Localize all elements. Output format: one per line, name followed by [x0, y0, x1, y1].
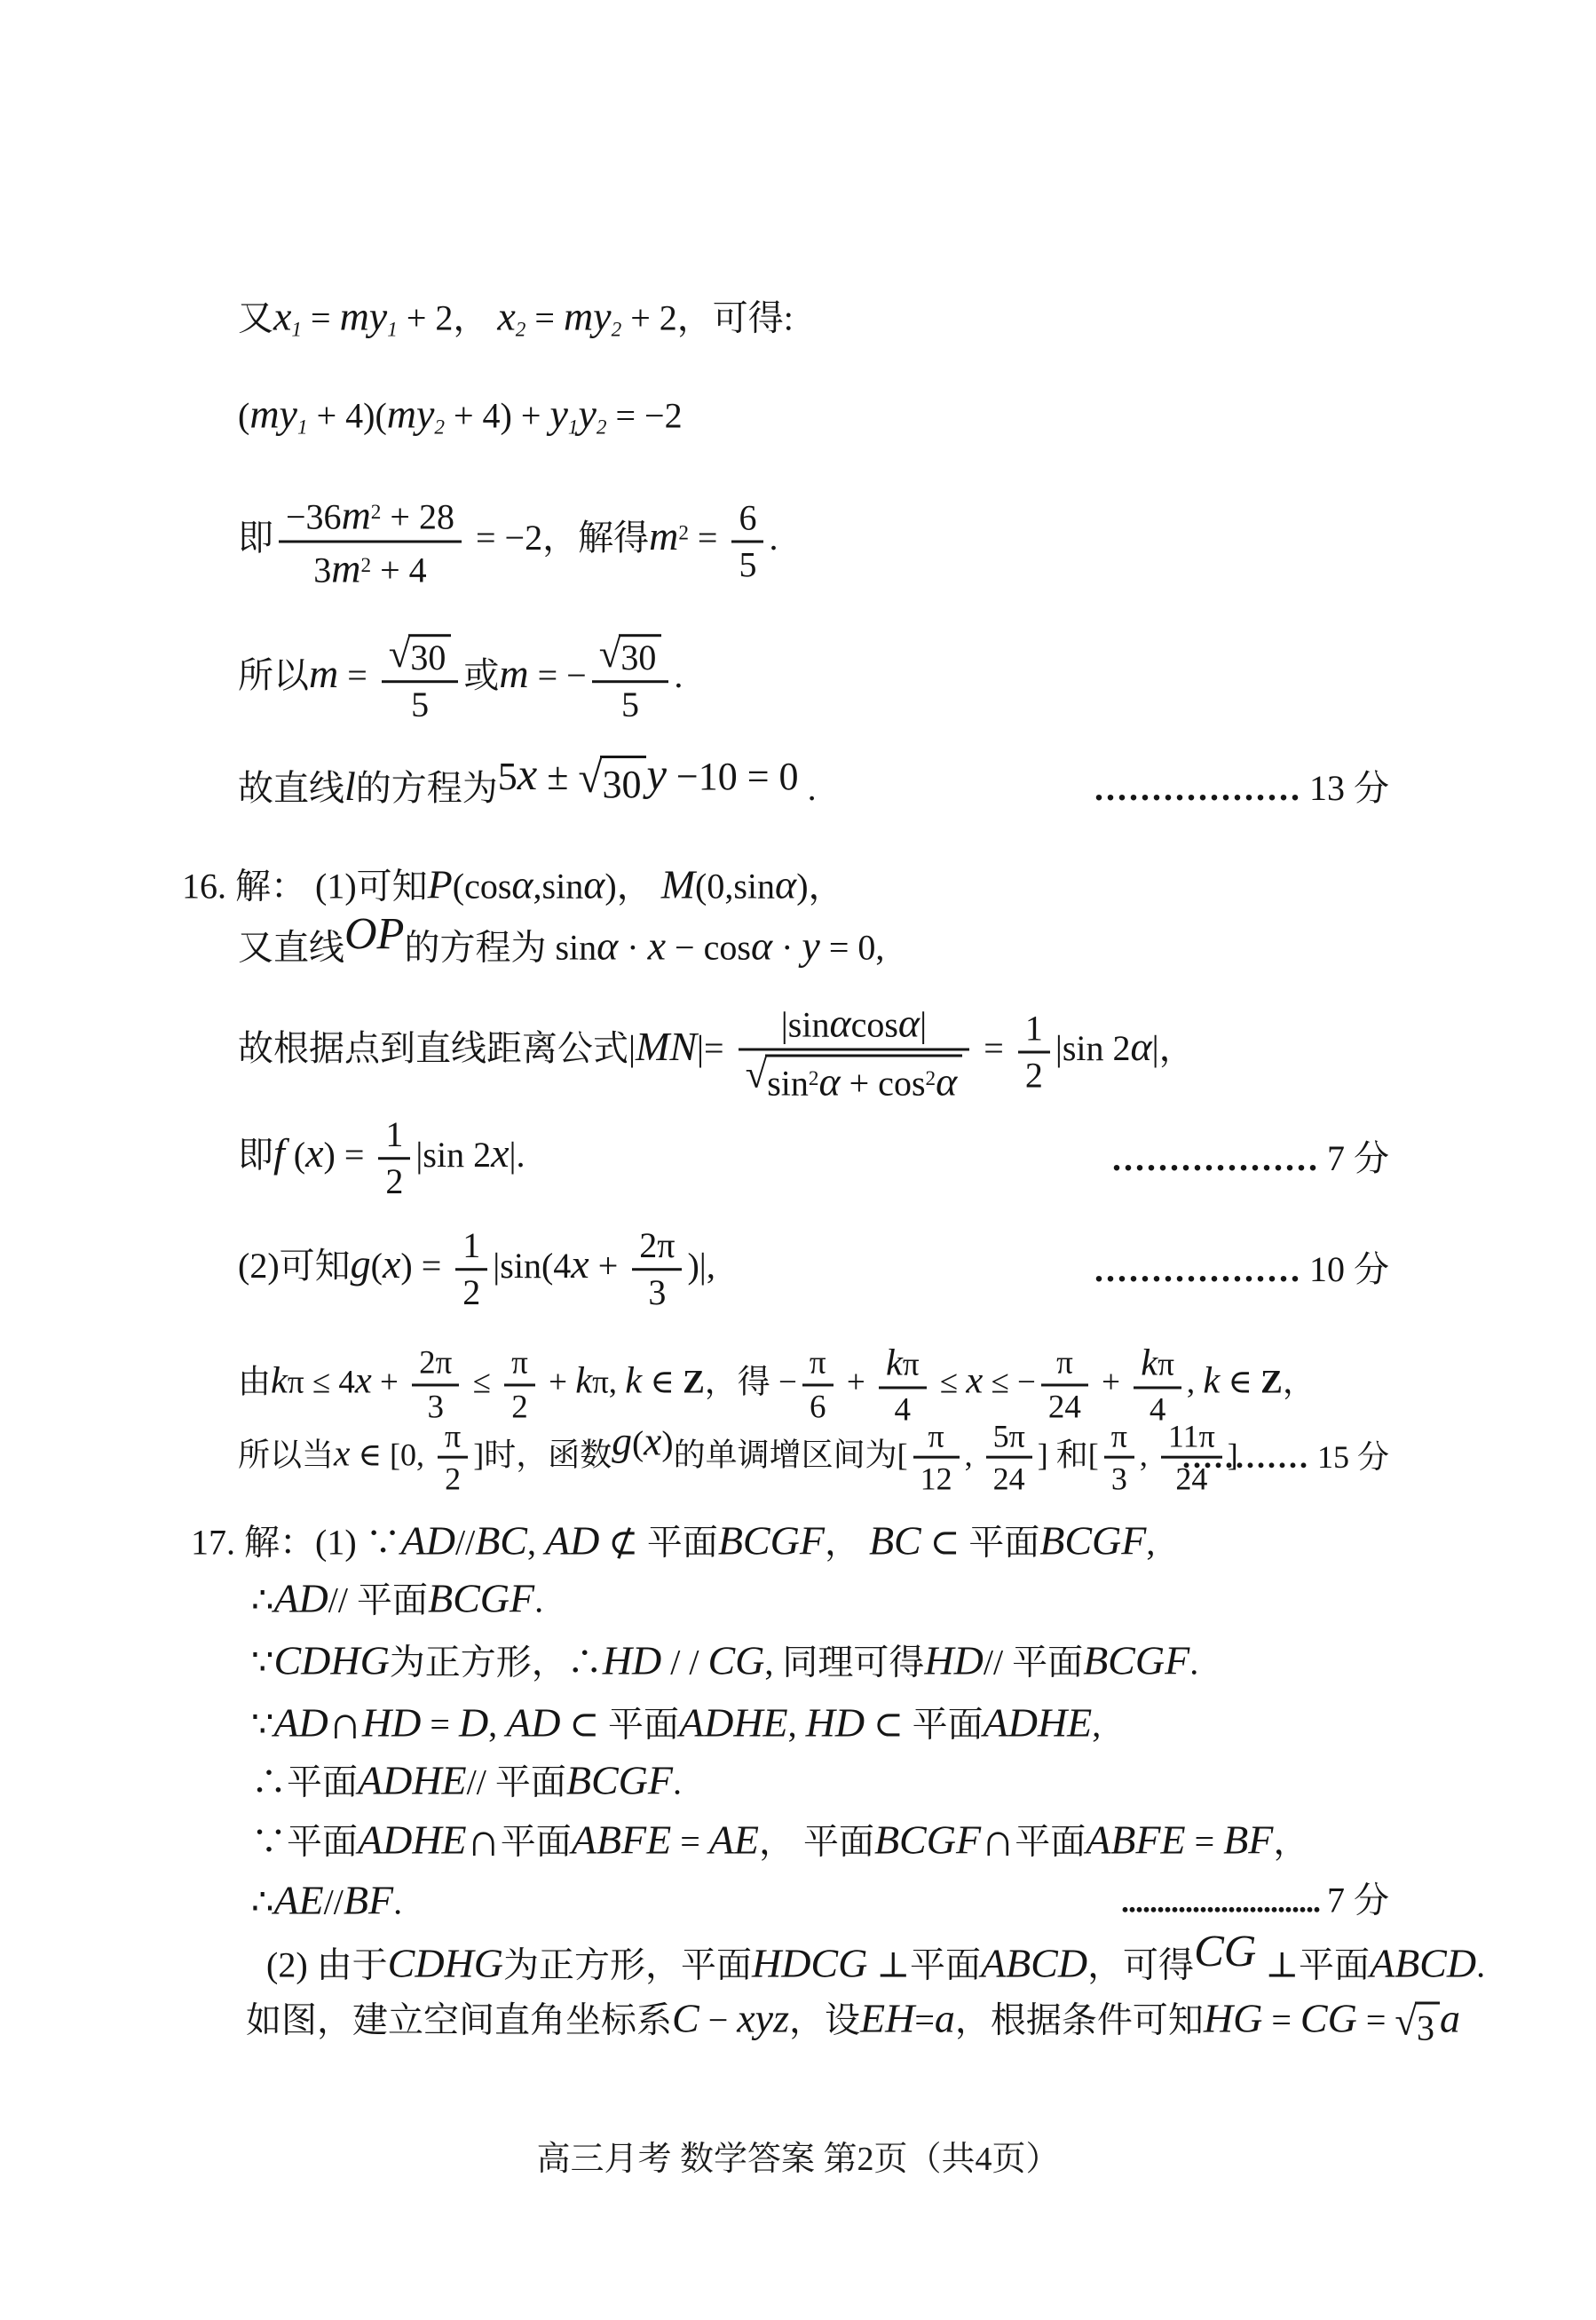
- text-run: +: [372, 1364, 407, 1400]
- text-run: =: [302, 298, 340, 338]
- math-line-l6: 16. 解： (1)可知P(cosα,sinα)， M(0,sinα)，: [182, 859, 844, 910]
- math-variable: AD: [401, 1517, 455, 1563]
- intersection-symbol: ∩: [328, 1698, 362, 1749]
- text-run: =: [421, 1704, 459, 1744]
- math-variable: BF: [1223, 1817, 1273, 1862]
- text-run: // 平面: [328, 1580, 428, 1619]
- radical-sign: √: [599, 634, 621, 678]
- text-run: .: [769, 518, 778, 558]
- text-run: + 2，可得:: [621, 298, 794, 338]
- math-variable: xyz: [737, 1996, 789, 2041]
- text-run: 3: [313, 550, 331, 590]
- text-run: 30: [410, 637, 446, 677]
- text-run: ,: [965, 1437, 981, 1472]
- text-run: (2)可知: [238, 1246, 351, 1286]
- text-run: =: [914, 2000, 935, 2040]
- math-line-l13: 17. 解：(1) ∵AD//BC, AD ⊄ 平面BCGF， BC ⊂ 平面B…: [191, 1515, 1155, 1566]
- text-run: 平面: [501, 1821, 572, 1861]
- fraction: 12: [455, 1226, 487, 1313]
- text-run: 30: [602, 763, 641, 806]
- text-run: .: [393, 1881, 402, 1921]
- math-variable: y: [578, 392, 596, 437]
- math-variable: α: [936, 1058, 957, 1104]
- text-run: ] 和[: [1038, 1437, 1099, 1472]
- text-run: 为正方形，平面: [503, 1944, 752, 1984]
- denominator: 2: [1018, 1053, 1050, 1096]
- math-variable: k: [1141, 1342, 1157, 1383]
- text-run: ⊄ 平面: [599, 1522, 718, 1562]
- math-variable: α: [898, 1000, 920, 1045]
- text-run: = −2，解得: [467, 518, 649, 558]
- text-run: ，设: [789, 2000, 860, 2040]
- text-run: ，可得: [1087, 1944, 1194, 1984]
- text-run: (: [285, 1135, 305, 1175]
- math-variable: ABFE: [1086, 1817, 1185, 1862]
- fraction: π2: [438, 1419, 468, 1498]
- text-run: ,: [527, 1522, 545, 1562]
- text-run: ，: [1273, 1821, 1308, 1861]
- math-variable: m: [499, 651, 528, 696]
- fraction: kπ4: [879, 1342, 927, 1428]
- fraction: 2π3: [632, 1226, 682, 1313]
- text-run: ∵: [251, 1642, 273, 1682]
- math-line-l1: 又x1 = my1 + 2， x2 = my2 + 2，可得:: [238, 291, 794, 344]
- fraction: 5π24: [986, 1419, 1032, 1498]
- square-root: √sin2α + cos2α: [746, 1054, 963, 1105]
- text-run: π: [1056, 1345, 1073, 1382]
- math-variable: OP: [344, 908, 404, 958]
- text-run: |.: [510, 1135, 525, 1175]
- text-run: + 2，: [398, 298, 498, 338]
- text-run: 3: [648, 1272, 666, 1312]
- fraction: −36m2 + 283m2 + 4: [279, 492, 462, 590]
- math-variable: BC: [475, 1517, 527, 1563]
- radical-sign: √: [1395, 2002, 1417, 2051]
- page-footer: 高三月考 数学答案 第2页（共4页）: [0, 2131, 1596, 2180]
- text-run: 所以当: [238, 1437, 334, 1472]
- text-run: 由: [238, 1364, 271, 1400]
- math-line-l19: ∴AE//BF.............................7 分: [251, 1874, 1389, 1926]
- subscript: 1: [568, 416, 579, 439]
- fraction: π2: [504, 1345, 535, 1426]
- math-variable: ADHE: [679, 1699, 788, 1745]
- text-run: 所以: [238, 655, 309, 695]
- math-variable: k: [271, 1359, 288, 1401]
- superscript: 2: [926, 1066, 936, 1089]
- math-variable: y: [549, 392, 567, 437]
- text-run: =: [338, 655, 376, 695]
- text-run: 或: [463, 655, 499, 695]
- text-run: |sin(4: [493, 1246, 571, 1286]
- text-run: 2π: [419, 1345, 452, 1382]
- text-run: (0,sin: [695, 866, 775, 906]
- math-variable: CDHG: [273, 1637, 389, 1683]
- text-run: ⊥平面: [867, 1944, 981, 1984]
- math-variable: HG: [1204, 1996, 1262, 2041]
- math-variable: x: [334, 1432, 350, 1473]
- text-run: π: [928, 1419, 944, 1454]
- denominator: 2: [455, 1271, 487, 1313]
- math-line-l15: ∵CDHG为正方形，∴HD / / CG, 同理可得HD// 平面BCGF.: [251, 1635, 1198, 1686]
- numerator: 1: [455, 1226, 487, 1271]
- math-variable: g: [612, 1418, 632, 1463]
- text-run: // 平面: [467, 1762, 566, 1801]
- math-variable: m: [331, 545, 360, 590]
- math-variable: x: [491, 1130, 509, 1176]
- math-variable: α: [583, 861, 604, 907]
- text-run: ≤ −: [983, 1364, 1036, 1400]
- text-run: =: [975, 1028, 1013, 1068]
- math-variable: ABCD: [981, 1940, 1087, 1985]
- math-variable: BF: [344, 1877, 393, 1922]
- text-run: ≤: [464, 1364, 499, 1400]
- text-run: |: [920, 1004, 927, 1044]
- math-variable: x: [305, 1130, 323, 1176]
- math-variable: P: [428, 861, 453, 907]
- text-run: 2π: [639, 1225, 675, 1265]
- math-variable: g: [351, 1241, 371, 1287]
- text-run: +: [1094, 1364, 1128, 1400]
- denominator: 2: [438, 1459, 468, 1497]
- text-run: + cos: [841, 1063, 926, 1103]
- numerator: π: [1104, 1419, 1134, 1459]
- math-variable: HD: [362, 1699, 421, 1745]
- text-run: 6: [739, 497, 756, 537]
- text-run: 1: [385, 1114, 403, 1154]
- bold-symbol: Z: [683, 1364, 705, 1400]
- text-run: )，: [604, 866, 660, 906]
- math-variable: m: [309, 651, 338, 696]
- math-variable: BCGF: [1083, 1637, 1189, 1683]
- text-run: 2: [462, 1272, 480, 1312]
- math-variable: AD: [273, 1699, 328, 1745]
- text-run: .: [674, 655, 683, 695]
- text-run: = 0,: [820, 927, 885, 967]
- text-run: ±: [537, 755, 578, 798]
- text-run: 的方程为 sin: [404, 927, 597, 967]
- text-run: .: [1476, 1944, 1485, 1984]
- denominator: 3: [1104, 1459, 1134, 1497]
- text-run: ∵平面: [251, 1821, 358, 1861]
- math-variable: BCGF: [566, 1757, 673, 1802]
- text-run: 5π: [993, 1419, 1025, 1454]
- math-variable: my: [249, 392, 297, 437]
- math-variable: CG: [1194, 1926, 1256, 1976]
- text-run: ,: [788, 1704, 806, 1744]
- text-run: π: [810, 1345, 826, 1382]
- score-label: 10 分: [1309, 1249, 1389, 1289]
- text-run: 又: [238, 298, 273, 338]
- leader-dots: ..................: [1094, 768, 1302, 808]
- numerator: π: [1041, 1345, 1088, 1386]
- text-run: (2) 由于: [266, 1944, 388, 1984]
- math-variable: HD: [603, 1637, 661, 1683]
- denominator: 5: [592, 683, 669, 725]
- math-variable: CDHG: [388, 1940, 503, 1985]
- raised-equation: g(x): [612, 1423, 673, 1462]
- leader-dots: ............: [1182, 1440, 1310, 1476]
- math-variable: x: [355, 1359, 372, 1401]
- math-variable: f: [273, 1130, 285, 1176]
- math-variable: C: [672, 1996, 699, 2041]
- text-run: 如图，建立空间直角坐标系: [246, 2000, 672, 2040]
- math-variable: MN: [636, 1024, 697, 1069]
- fraction: 65: [731, 498, 763, 585]
- math-variable: x: [518, 749, 537, 799]
- math-variable: BCGF: [718, 1517, 825, 1563]
- math-variable: k: [1203, 1359, 1220, 1401]
- text-run: π: [1157, 1346, 1174, 1382]
- text-run: + 4: [371, 550, 427, 590]
- text-run: 5: [498, 755, 518, 798]
- text-run: // 平面: [984, 1642, 1083, 1682]
- score-marker: ..................10 分: [1094, 1247, 1389, 1292]
- math-variable: my: [340, 294, 388, 339]
- text-run: ，得 −: [705, 1364, 797, 1400]
- radicand: 30: [408, 634, 451, 678]
- fraction: kπ4: [1134, 1342, 1181, 1428]
- score-label: 13 分: [1309, 768, 1389, 808]
- math-variable: α: [829, 1000, 850, 1045]
- text-run: ·: [772, 927, 802, 967]
- raised-equation: CG: [1194, 1931, 1256, 1975]
- math-line-l4: 所以m = √305或m = −√305.: [238, 633, 683, 725]
- math-variable: BCGF: [874, 1817, 981, 1862]
- radicand: 30: [619, 634, 661, 678]
- intersection-symbol: ∩: [981, 1815, 1015, 1866]
- text-run: 为正方形，∴: [390, 1642, 603, 1682]
- math-variable: k: [625, 1359, 642, 1401]
- radicand: 30: [600, 756, 646, 809]
- math-variable: M: [661, 861, 695, 907]
- text-run: 24: [993, 1461, 1025, 1497]
- radical-sign: √: [746, 1054, 768, 1105]
- denominator: 3: [632, 1271, 682, 1313]
- text-run: //: [324, 1881, 344, 1921]
- text-run: π: [445, 1419, 461, 1454]
- text-run: π: [903, 1346, 920, 1382]
- text-run: / /: [661, 1642, 707, 1682]
- text-run: (cos: [453, 866, 512, 906]
- radicand: sin2α + cos2α: [765, 1054, 962, 1105]
- text-run: = −2: [606, 396, 682, 436]
- text-run: ， 平面: [759, 1821, 874, 1861]
- text-run: ,: [1187, 1364, 1204, 1400]
- text-run: =: [525, 298, 564, 338]
- text-run: +: [839, 1364, 873, 1400]
- math-variable: a: [1440, 1996, 1460, 2041]
- text-run: −: [699, 2000, 738, 2040]
- math-line-l20: (2) 由于CDHG为正方形，平面HDCG ⊥平面ABCD，可得CG ⊥平面AB…: [266, 1934, 1485, 1990]
- bold-symbol: Z: [1260, 1364, 1283, 1400]
- text-run: 1: [462, 1225, 480, 1265]
- numerator: 6: [731, 498, 763, 542]
- text-run: =: [671, 1821, 709, 1861]
- numerator: 2π: [412, 1345, 459, 1386]
- text-run: )，: [796, 866, 843, 906]
- text-run: 3: [1417, 2008, 1434, 2048]
- text-run: (: [238, 396, 249, 436]
- math-variable: ADHE: [358, 1817, 467, 1862]
- math-variable: m: [342, 492, 371, 537]
- exam-answer-page: 又x1 = my1 + 2， x2 = my2 + 2，可得:(my1 + 4)…: [0, 0, 1596, 2320]
- square-root: √3: [1395, 2002, 1440, 2051]
- text-run: π,: [592, 1364, 625, 1400]
- numerator: 5π: [986, 1419, 1032, 1459]
- fraction: π6: [802, 1345, 834, 1426]
- text-run: sin: [767, 1063, 809, 1103]
- text-run: 平面: [1015, 1821, 1086, 1861]
- math-variable: α: [818, 1058, 840, 1104]
- math-variable: x: [273, 294, 291, 339]
- numerator: π: [913, 1419, 960, 1459]
- subscript: 1: [387, 318, 398, 341]
- math-variable: α: [751, 922, 772, 968]
- fraction: π12: [913, 1419, 960, 1498]
- superscript: 2: [361, 553, 372, 576]
- math-variable: CG: [1300, 1996, 1357, 2041]
- math-variable: AD: [273, 1575, 328, 1620]
- text-run: ∵: [251, 1704, 273, 1744]
- text-run: ,: [1140, 1437, 1156, 1472]
- fraction: π24: [1041, 1345, 1088, 1426]
- radicand: 3: [1415, 2002, 1440, 2051]
- text-run: ]时，函数: [473, 1437, 612, 1472]
- text-run: ∈ [0,: [350, 1437, 432, 1472]
- text-run: |sin: [781, 1004, 830, 1044]
- math-variable: BCGF: [428, 1575, 534, 1620]
- math-variable: a: [935, 1996, 955, 2041]
- text-run: π: [511, 1345, 528, 1382]
- math-variable: D: [459, 1699, 488, 1745]
- text-run: π: [1111, 1419, 1127, 1454]
- score-marker: ............15 分: [1182, 1438, 1389, 1478]
- square-root: √30: [599, 634, 662, 678]
- numerator: π: [504, 1345, 535, 1386]
- math-line-l16: ∵AD∩HD = D, AD ⊂ 平面ADHE, HD ⊂ 平面ADHE,: [251, 1697, 1101, 1748]
- math-variable: y: [802, 922, 819, 968]
- text-run: +: [541, 1364, 575, 1400]
- numerator: 1: [378, 1115, 410, 1160]
- math-variable: l: [344, 764, 356, 809]
- text-run: ≤: [932, 1364, 967, 1400]
- text-run: .: [673, 1762, 682, 1801]
- text-run: ∈: [642, 1364, 683, 1400]
- math-variable: AE: [273, 1877, 323, 1922]
- text-run: =: [1357, 2000, 1395, 2040]
- text-run: ∴: [251, 1580, 273, 1619]
- leader-dots: ..................: [1094, 1249, 1302, 1289]
- text-run: π ≤ 4: [288, 1364, 355, 1400]
- text-run: ∴: [251, 1881, 273, 1921]
- text-run: 1: [1025, 1008, 1043, 1048]
- score-marker: ..................13 分: [1094, 766, 1389, 811]
- text-run: |，: [1152, 1028, 1195, 1068]
- numerator: π: [802, 1345, 834, 1386]
- math-line-l18: ∵平面ADHE∩平面ABFE = AE， 平面BCGF∩平面ABFE = BF，: [251, 1814, 1308, 1865]
- score-label: 15 分: [1317, 1440, 1389, 1476]
- math-variable: HDCG: [752, 1940, 867, 1985]
- text-run: 2: [445, 1461, 461, 1497]
- denominator: 5: [731, 542, 763, 585]
- denominator: √sin2α + cos2α: [739, 1050, 970, 1105]
- math-variable: ADHE: [358, 1757, 467, 1802]
- text-run: 3: [1111, 1461, 1127, 1497]
- math-variable: HD: [806, 1699, 865, 1745]
- fraction: |sinαcosα|√sin2α + cos2α: [739, 1000, 970, 1104]
- math-variable: x: [383, 1241, 400, 1287]
- math-variable: α: [1131, 1024, 1152, 1069]
- math-line-l2: (my1 + 4)(my2 + 4) + y1y2 = −2: [238, 389, 683, 441]
- text-run: ⊂ 平面: [865, 1704, 984, 1744]
- text-run: //: [455, 1522, 475, 1562]
- math-variable: BCGF: [1039, 1517, 1146, 1563]
- fraction: 2π3: [412, 1345, 459, 1426]
- text-run: ,: [1146, 1522, 1155, 1562]
- math-line-l10: (2)可知g(x) = 12|sin(4x + 2π3)|,..........…: [238, 1226, 1389, 1313]
- math-variable: ADHE: [984, 1699, 1093, 1745]
- denominator: 12: [913, 1459, 960, 1497]
- text-run: 17. 解：(1) ∵: [191, 1522, 401, 1562]
- text-run: ,: [1092, 1704, 1101, 1744]
- text-run: 故直线: [238, 768, 344, 808]
- denominator: 24: [986, 1459, 1032, 1497]
- text-run: ) =: [324, 1135, 374, 1175]
- text-run: ⊂ 平面: [921, 1522, 1040, 1562]
- radical-sign: √: [578, 756, 602, 809]
- math-variable: α: [511, 861, 533, 907]
- text-run: + 4) +: [445, 396, 549, 436]
- fraction: 12: [378, 1115, 410, 1202]
- math-variable: α: [597, 922, 618, 968]
- math-variable: AD: [545, 1517, 599, 1563]
- math-line-l14: ∴AD// 平面BCGF.: [251, 1572, 543, 1624]
- math-variable: x: [571, 1241, 589, 1287]
- math-variable: CG: [707, 1637, 764, 1683]
- text-run: (: [371, 1246, 383, 1286]
- text-run: + 4)(: [308, 396, 387, 436]
- math-line-l9: 即f (x) = 12|sin 2x|...................7 …: [238, 1115, 1389, 1202]
- math-variable: my: [564, 294, 612, 339]
- subscript: 2: [434, 416, 445, 439]
- math-variable: AE: [709, 1817, 759, 1862]
- math-line-l5: 故直线l的方程为5x ± √30y −10 = 0 ..............…: [238, 757, 1389, 820]
- text-run: ，根据条件可知: [955, 2000, 1204, 2040]
- text-run: = −: [529, 655, 587, 695]
- math-variable: EH: [860, 1996, 914, 2041]
- text-run: 的方程为: [356, 768, 498, 808]
- text-run: 5: [621, 685, 639, 725]
- subscript: 2: [516, 318, 526, 341]
- math-line-l17: ∴平面ADHE// 平面BCGF.: [251, 1754, 682, 1806]
- radical-sign: √: [389, 634, 411, 678]
- math-line-l7: 又直线OP的方程为 sinα · x − cosα · y = 0,: [238, 916, 884, 972]
- text-run: 的单调增区间为[: [674, 1437, 908, 1472]
- fraction: √305: [592, 633, 669, 725]
- math-line-l11: 由kπ ≤ 4x + 2π3 ≤ π2 + kπ, k ∈ Z，得 −π6 + …: [238, 1342, 1316, 1428]
- math-variable: ABFE: [572, 1817, 671, 1862]
- denominator: 2: [378, 1160, 410, 1202]
- math-variable: x: [644, 1418, 661, 1463]
- subscript: 1: [291, 318, 302, 341]
- leader-dots: ..................: [1112, 1138, 1320, 1178]
- fraction: √305: [382, 633, 459, 725]
- square-root: √30: [578, 756, 646, 809]
- text-run: 30: [620, 637, 656, 677]
- numerator: √30: [592, 633, 669, 683]
- text-run: 5: [411, 685, 429, 725]
- math-variable: k: [886, 1342, 903, 1383]
